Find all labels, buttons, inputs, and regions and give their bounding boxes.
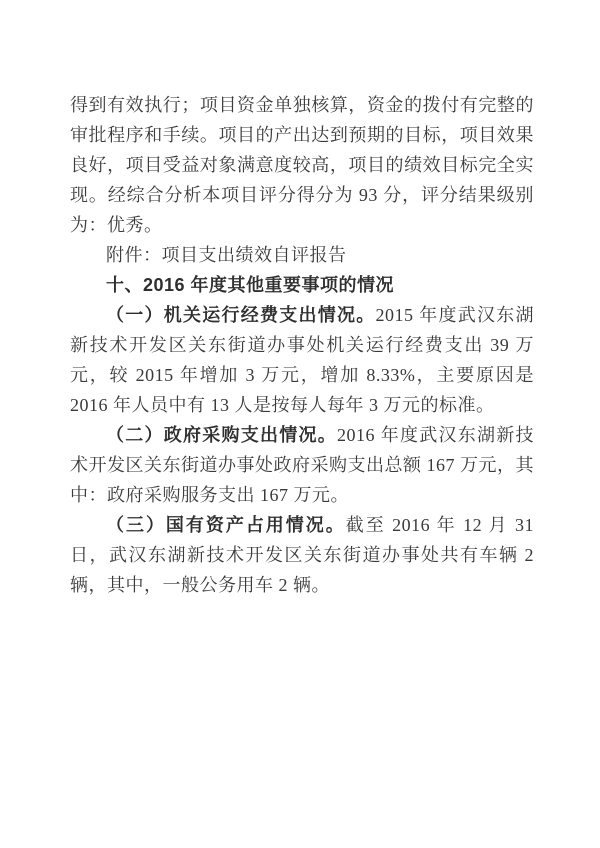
item-1-paragraph: （一）机关运行经费支出情况。2015 年度武汉东湖新技术开发区关东街道办事处机关…: [70, 300, 534, 420]
section-heading: 十、2016 年度其他重要事项的情况: [70, 270, 534, 300]
document-text-block: 得到有效执行；项目资金单独核算，资金的拨付有完整的审批程序和手续。项目的产出达到…: [70, 90, 534, 600]
item-3-paragraph: （三）国有资产占用情况。截至 2016 年 12 月 31 日，武汉东湖新技术开…: [70, 510, 534, 600]
continuation-paragraph: 得到有效执行；项目资金单独核算，资金的拨付有完整的审批程序和手续。项目的产出达到…: [70, 90, 534, 240]
document-page: 得到有效执行；项目资金单独核算，资金的拨付有完整的审批程序和手续。项目的产出达到…: [0, 0, 600, 848]
attachment-line: 附件：项目支出绩效自评报告: [70, 240, 534, 270]
item-3-heading: （三）国有资产占用情况。: [106, 515, 346, 535]
item-2-heading: （二）政府采购支出情况。: [106, 425, 337, 445]
item-1-heading: （一）机关运行经费支出情况。: [106, 305, 376, 325]
item-2-paragraph: （二）政府采购支出情况。2016 年度武汉东湖新技术开发区关东街道办事处政府采购…: [70, 420, 534, 510]
